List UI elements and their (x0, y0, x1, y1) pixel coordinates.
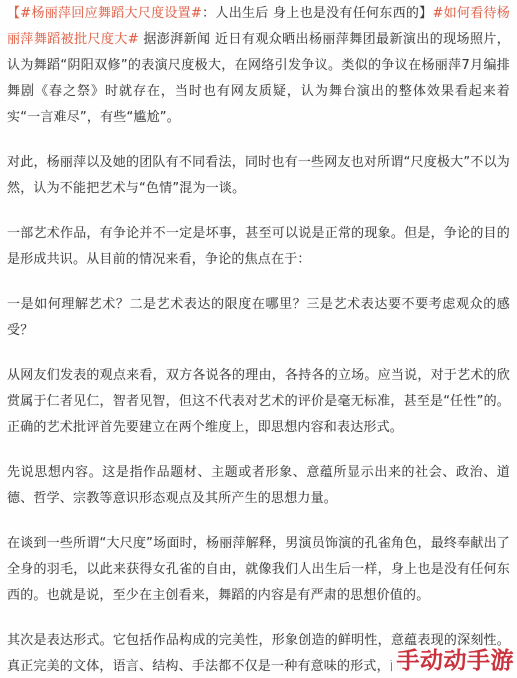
paragraph-ideological-content: 先说思想内容。这是指作品题材、主题或者形象、意蕴所显示出来的社会、政治、道德、哲… (7, 460, 510, 512)
paragraph-debate-purpose: 一部艺术作品，有争论并不一定是坏事，甚至可以说是正常的现象。但是，争论的目的是形… (7, 221, 510, 273)
headline-text: ：人出生后 身上也是没有任何东西的】 (202, 6, 432, 21)
paragraph-intro: 【#杨丽萍回应舞蹈大尺度设置#：人出生后 身上也是没有任何东西的】#如何看待杨丽… (7, 1, 510, 131)
paragraph-two-dimensions: 从网友们发表的观点来看，双方各说各的理由，各持各的立场。应当说，对于艺术的欣赏属… (7, 363, 510, 441)
watermark-logo: 手动动手游 (392, 648, 517, 677)
paragraph-responses: 对此，杨丽萍以及她的团队有不同看法，同时也有一些网友也对所谓“尺度极大”不以为然… (7, 150, 510, 202)
paragraph-three-questions: 一是如何理解艺术？二是艺术表达的限度在哪里？三是艺术表达要不要考虑观众的感受？ (7, 292, 510, 344)
paragraph-peacock-explanation: 在谈到一些所谓“大尺度”场面时，杨丽萍解释，男演员饰演的孔雀角色，最终奉献出了全… (7, 531, 510, 609)
hashtag-link-yang-liping-response[interactable]: 【#杨丽萍回应舞蹈大尺度设置# (7, 6, 202, 21)
article-body: 【#杨丽萍回应舞蹈大尺度设置#：人出生后 身上也是没有任何东西的】#如何看待杨丽… (0, 0, 517, 678)
article-page: 【#杨丽萍回应舞蹈大尺度设置#：人出生后 身上也是没有任何东西的】#如何看待杨丽… (0, 0, 517, 678)
